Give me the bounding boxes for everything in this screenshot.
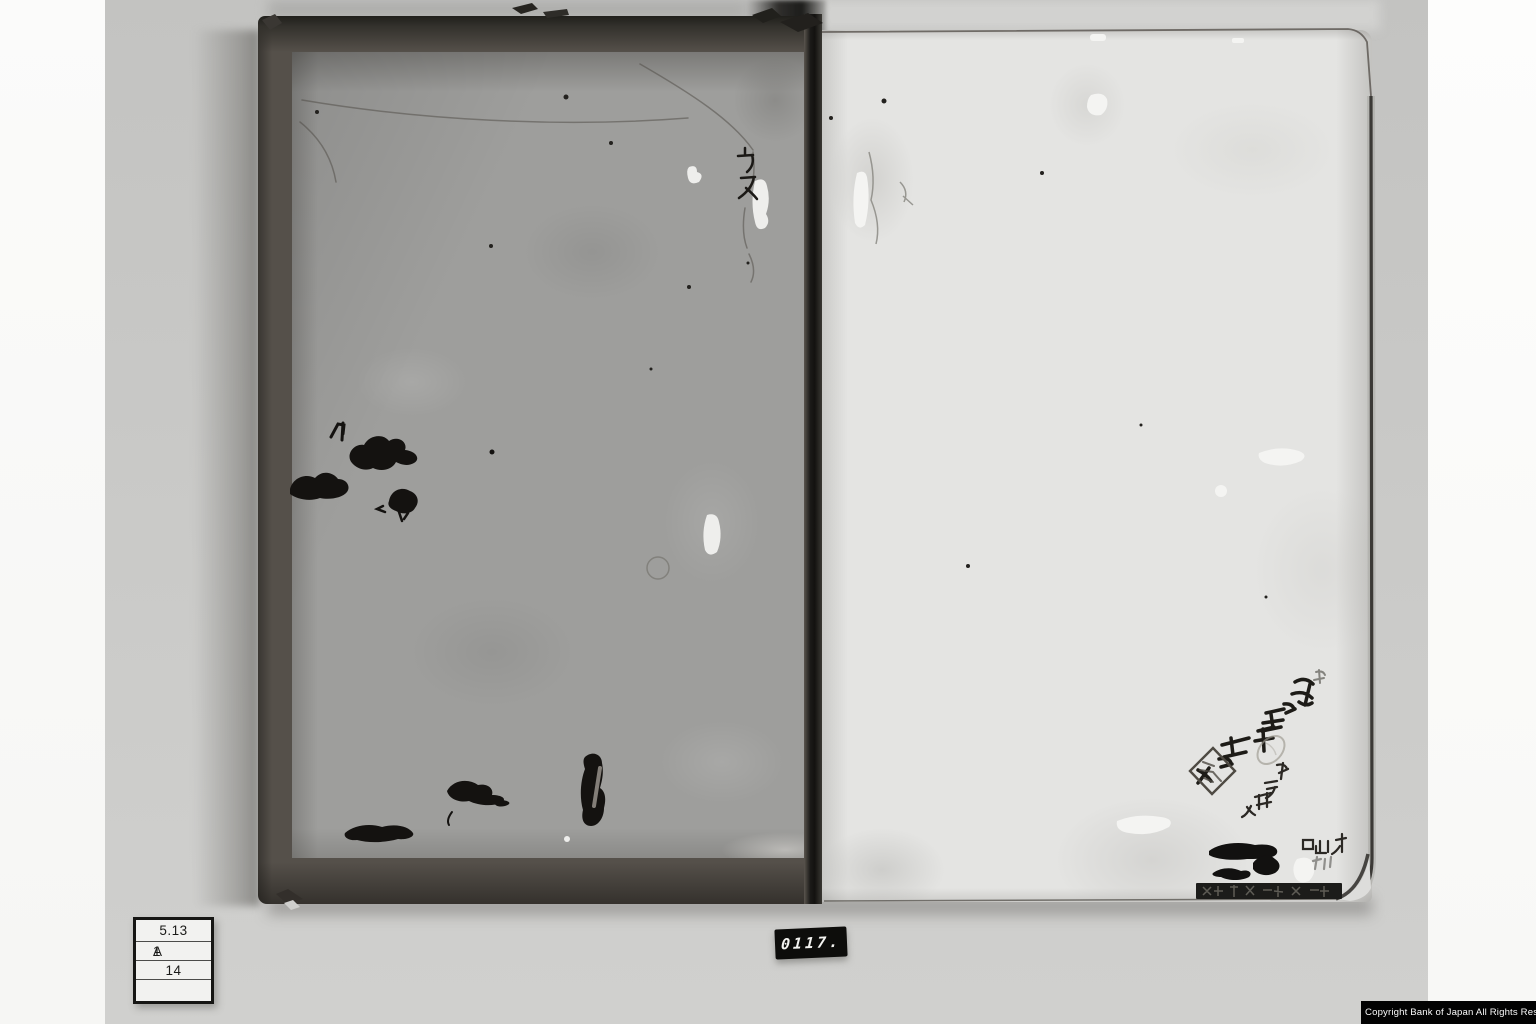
light-above-right-page — [820, 0, 1380, 30]
label-row-item-number: 14 — [136, 961, 211, 980]
right-page-paper — [822, 30, 1372, 902]
copyright-text: Copyright Bank of Japan All Rights Reser… — [1365, 1007, 1536, 1018]
label-item-number: 14 — [165, 963, 181, 978]
left-page-paper — [292, 52, 806, 858]
backdrop-left-strip — [0, 0, 105, 1024]
label-row-series: A 1 — [136, 942, 211, 961]
backdrop-right-strip — [1428, 0, 1536, 1024]
label-row-empty — [136, 980, 211, 1001]
copyright-bar: Copyright Bank of Japan All Rights Reser… — [1361, 1001, 1536, 1024]
label-shelf-number: 5.13 — [159, 923, 187, 938]
archival-book-photograph: 5.13 A 1 14 0117. Copyright Bank of Japa… — [0, 0, 1536, 1024]
label-series-number: 1 — [153, 944, 161, 959]
frame-counter: 0117. — [774, 926, 847, 959]
book-gutter — [804, 14, 822, 904]
label-row-shelf-number: 5.13 — [136, 920, 211, 942]
frame-counter-digits: 0117. — [780, 933, 841, 954]
book-left-shadow — [194, 30, 260, 906]
archival-label-card: 5.13 A 1 14 — [133, 917, 214, 1004]
